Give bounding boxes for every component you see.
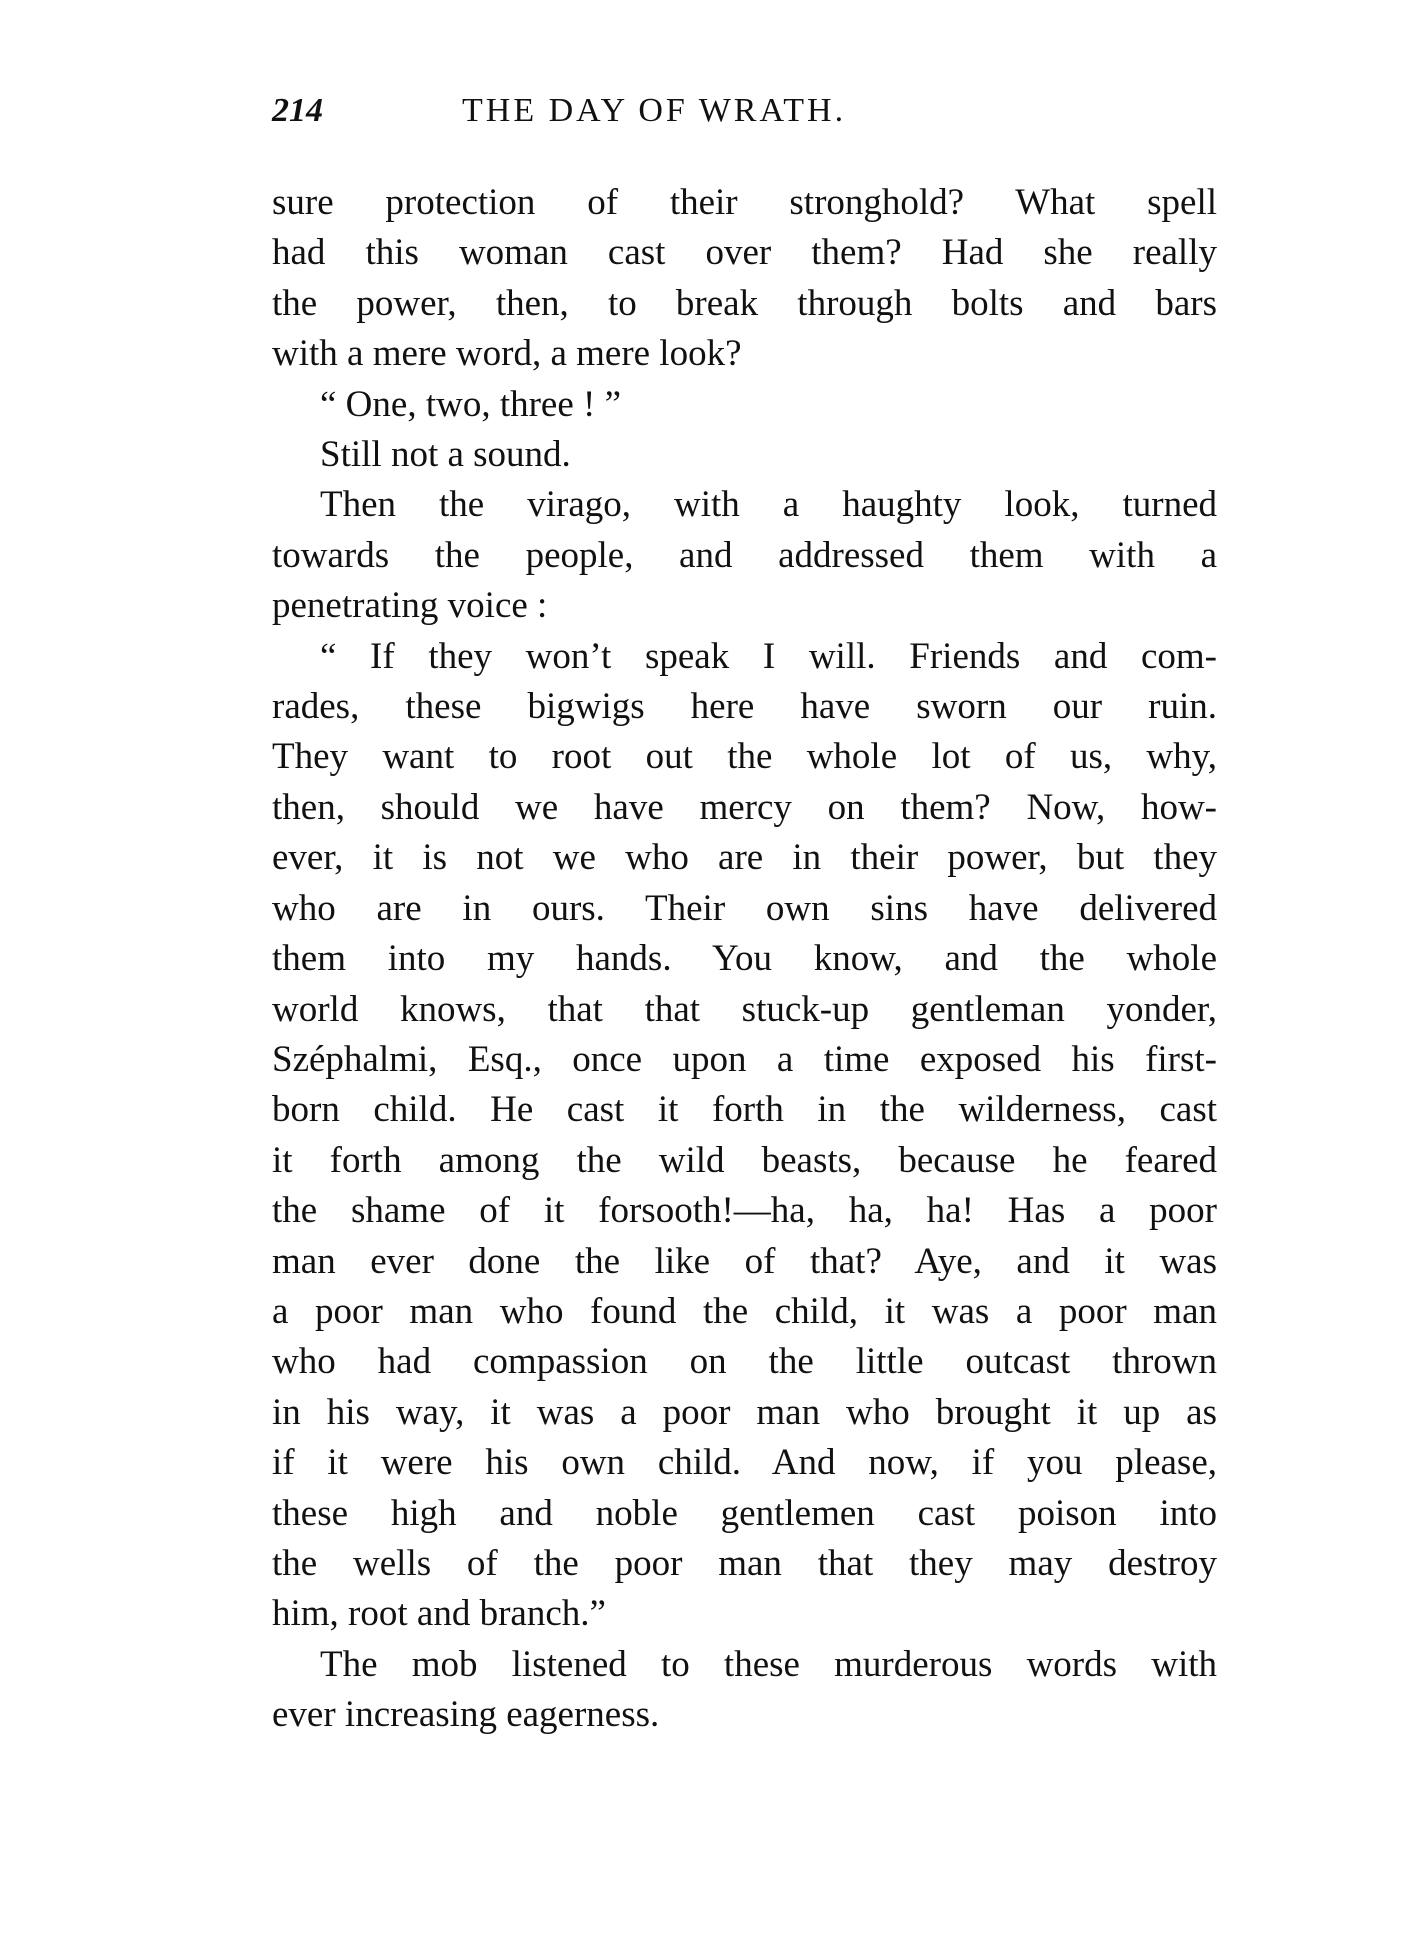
text-line: the wells of the poor man that they may … [272, 1539, 1217, 1589]
text-line: a poor man who found the child, it was a… [272, 1287, 1217, 1337]
paragraph: sure protection of their stronghold? Wha… [272, 178, 1217, 380]
page-number: 214 [272, 92, 323, 130]
text-line: in his way, it was a poor man who brough… [272, 1388, 1217, 1438]
text-line: the shame of it forsooth!—ha, ha, ha! Ha… [272, 1186, 1217, 1236]
running-title: THE DAY OF WRATH. [462, 92, 846, 130]
text-line: had this woman cast over them? Had she r… [272, 228, 1217, 278]
text-line: They want to root out the whole lot of u… [272, 732, 1217, 782]
paragraph: Still not a sound. [272, 430, 1217, 480]
paragraph: “ If they won’t speak I will. Friends an… [272, 632, 1217, 1640]
paragraph: Then the virago, with a haughty look, tu… [272, 480, 1217, 631]
text-line: towards the people, and addressed them w… [272, 531, 1217, 581]
text-line: born child. He cast it forth in the wild… [272, 1085, 1217, 1135]
text-line: these high and noble gentlemen cast pois… [272, 1489, 1217, 1539]
paragraph: “ One, two, three ! ” [272, 380, 1217, 430]
text-line: it forth among the wild beasts, because … [272, 1136, 1217, 1186]
text-line: “ If they won’t speak I will. Friends an… [272, 632, 1217, 682]
text-line: who are in ours. Their own sins have del… [272, 884, 1217, 934]
text-line: ever increasing eagerness. [272, 1690, 1217, 1740]
text-line: Széphalmi, Esq., once upon a time expose… [272, 1035, 1217, 1085]
text-line: Still not a sound. [272, 430, 1217, 480]
text-line: The mob listened to these murderous word… [272, 1640, 1217, 1690]
text-line: man ever done the like of that? Aye, and… [272, 1237, 1217, 1287]
body-text: sure protection of their stronghold? Wha… [272, 178, 1217, 1741]
text-line: “ One, two, three ! ” [272, 380, 1217, 430]
text-line: sure protection of their stronghold? Wha… [272, 178, 1217, 228]
text-line: then, should we have mercy on them? Now,… [272, 783, 1217, 833]
text-line: who had compassion on the little outcast… [272, 1337, 1217, 1387]
text-line: world knows, that that stuck-up gentlema… [272, 985, 1217, 1035]
text-line: with a mere word, a mere look? [272, 329, 1217, 379]
text-line: ever, it is not we who are in their powe… [272, 833, 1217, 883]
text-line: Then the virago, with a haughty look, tu… [272, 480, 1217, 530]
text-line: if it were his own child. And now, if yo… [272, 1438, 1217, 1488]
text-line: him, root and branch.” [272, 1589, 1217, 1639]
text-line: penetrating voice : [272, 581, 1217, 631]
paragraph: The mob listened to these murderous word… [272, 1640, 1217, 1741]
page-header: 214 THE DAY OF WRATH. [272, 92, 1212, 142]
text-line: them into my hands. You know, and the wh… [272, 934, 1217, 984]
text-line: the power, then, to break through bolts … [272, 279, 1217, 329]
text-line: rades, these bigwigs here have sworn our… [272, 682, 1217, 732]
